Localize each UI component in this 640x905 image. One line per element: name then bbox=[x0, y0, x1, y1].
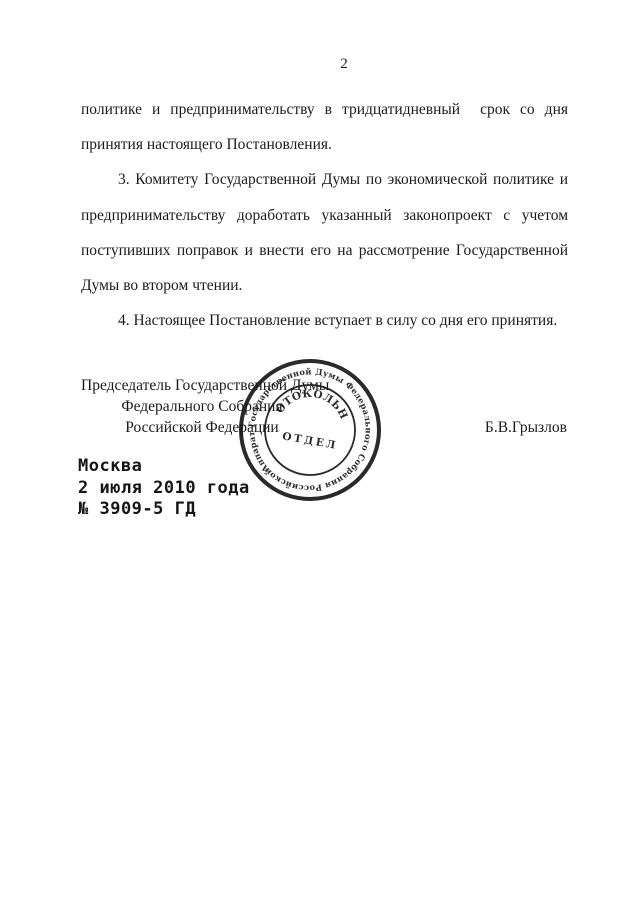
footer-block: Москва 2 июля 2010 года № 3909-5 ГД bbox=[78, 456, 250, 521]
stamp-center-text: ОТДЕЛ bbox=[281, 430, 338, 452]
signatory-name: Б.В.Грызлов bbox=[485, 417, 567, 438]
page-number: 2 bbox=[0, 56, 640, 73]
footer-city: Москва bbox=[78, 456, 250, 478]
footer-document-number: № 3909-5 ГД bbox=[78, 499, 250, 521]
body-paragraph: 3. Комитету Государственной Думы по экон… bbox=[81, 162, 568, 303]
document-body: политике и предпринимательству в тридцат… bbox=[81, 92, 568, 338]
protocol-department-stamp: Аппарат Государственной Думы Федеральног… bbox=[236, 356, 384, 504]
stamp-ring-text: Аппарат Государственной Думы Федеральног… bbox=[236, 356, 383, 504]
body-paragraph: 4. Настоящее Постановление вступает в си… bbox=[81, 303, 568, 338]
body-paragraph: политике и предпринимательству в тридцат… bbox=[81, 92, 568, 162]
stamp-outer-ring bbox=[236, 356, 384, 504]
footer-date: 2 июля 2010 года bbox=[78, 478, 250, 500]
document-page: 2 политике и предпринимательству в тридц… bbox=[0, 0, 640, 905]
